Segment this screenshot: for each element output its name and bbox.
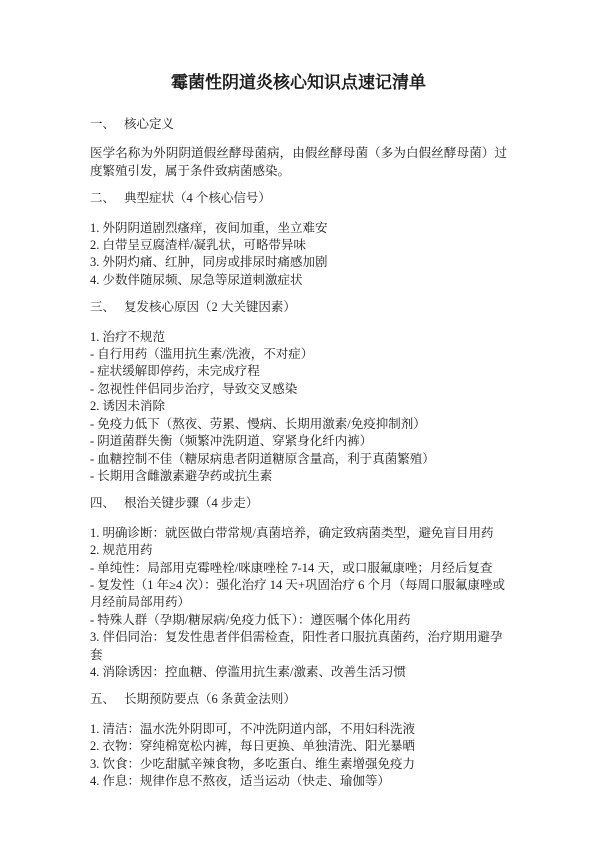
list-item: 4. 作息：规律作息不熬夜，适当运动（快走、瑜伽等） — [90, 773, 507, 790]
section-heading: 一、核心定义 — [90, 116, 507, 133]
section-list: 1. 治疗不规范- 自行用药（滥用抗生素/洗液，不对症）- 症状缓解即停药，未完… — [90, 329, 507, 486]
document-section: 二、典型症状（4 个核心信号） 1. 外阴阴道剧烈瘙痒，夜间加重，坐立难安2. … — [90, 190, 507, 289]
section-heading: 四、根治关键步骤（4 步走） — [90, 495, 507, 512]
section-number: 五、 — [90, 691, 124, 708]
section-title: 长期预防要点（6 条黄金法则） — [124, 692, 296, 706]
list-item: 3. 伴侣同治：复发性患者伴侣需检查，阳性者口服抗真菌药，治疗期用避孕套 — [90, 629, 507, 664]
list-item: - 自行用药（滥用抗生素/洗液，不对症） — [90, 346, 507, 363]
list-item: 3. 外阴灼痛、红肿，同房或排尿时痛感加剧 — [90, 254, 507, 271]
list-item: - 阴道菌群失衡（频繁冲洗阴道、穿紧身化纤内裤） — [90, 433, 507, 450]
list-item: 1. 外阴阴道剧烈瘙痒，夜间加重，坐立难安 — [90, 220, 507, 237]
list-item: 2. 诱因未消除 — [90, 398, 507, 415]
section-title: 核心定义 — [124, 117, 174, 131]
section-number: 三、 — [90, 299, 124, 316]
section-list: 1. 清洁：温水洗外阴即可，不冲洗阴道内部，不用妇科洗液2. 衣物：穿纯棉宽松内… — [90, 721, 507, 791]
document-title: 霉菌性阴道炎核心知识点速记清单 — [90, 72, 507, 94]
list-item: - 单纯性：局部用克霉唑栓/咪康唑栓 7-14 天，或口服氟康唑；月经后复查 — [90, 560, 507, 577]
document-section: 四、根治关键步骤（4 步走） 1. 明确诊断：就医做白带常规/真菌培养，确定致病… — [90, 495, 507, 681]
list-item: 2. 白带呈豆腐渣样/凝乳状，可略带异味 — [90, 237, 507, 254]
section-title: 根治关键步骤（4 步走） — [124, 496, 258, 510]
list-item: 2. 衣物：穿纯棉宽松内裤，每日更换、单独清洗、阳光暴晒 — [90, 738, 507, 755]
list-item: 1. 治疗不规范 — [90, 329, 507, 346]
section-heading: 五、长期预防要点（6 条黄金法则） — [90, 691, 507, 708]
section-list: 1. 明确诊断：就医做白带常规/真菌培养，确定致病菌类型，避免盲目用药2. 规范… — [90, 525, 507, 682]
document-section: 五、长期预防要点（6 条黄金法则） 1. 清洁：温水洗外阴即可，不冲洗阴道内部，… — [90, 691, 507, 790]
list-item: - 特殊人群（孕期/糖尿病/免疫力低下）：遵医嘱个体化用药 — [90, 612, 507, 629]
list-item: - 免疫力低下（熬夜、劳累、慢病、长期用激素/免疫抑制剂） — [90, 416, 507, 433]
section-list: 1. 外阴阴道剧烈瘙痒，夜间加重，坐立难安2. 白带呈豆腐渣样/凝乳状，可略带异… — [90, 220, 507, 290]
list-item: - 长期用含雌激素避孕药或抗生素 — [90, 468, 507, 485]
list-item: 4. 少数伴随尿频、尿急等尿道刺激症状 — [90, 272, 507, 289]
list-item: 3. 饮食：少吃甜腻辛辣食物，多吃蛋白、维生素增强免疫力 — [90, 756, 507, 773]
list-item: - 血糖控制不佳（糖尿病患者阴道糖原含量高，利于真菌繁殖） — [90, 451, 507, 468]
list-item: - 症状缓解即停药，未完成疗程 — [90, 363, 507, 380]
section-paragraph: 医学名称为外阴阴道假丝酵母菌病，由假丝酵母菌（多为白假丝酵母菌）过度繁殖引发，属… — [90, 145, 507, 180]
list-item: 2. 规范用药 — [90, 542, 507, 559]
section-number: 一、 — [90, 116, 124, 133]
section-number: 四、 — [90, 495, 124, 512]
section-heading: 二、典型症状（4 个核心信号） — [90, 190, 507, 207]
section-heading: 三、复发核心原因（2 大关键因素） — [90, 299, 507, 316]
section-number: 二、 — [90, 190, 124, 207]
document-body: 一、核心定义 医学名称为外阴阴道假丝酵母菌病，由假丝酵母菌（多为白假丝酵母菌）过… — [90, 116, 507, 790]
list-item: - 忽视性伴侣同步治疗，导致交叉感染 — [90, 381, 507, 398]
document-section: 一、核心定义 医学名称为外阴阴道假丝酵母菌病，由假丝酵母菌（多为白假丝酵母菌）过… — [90, 116, 507, 180]
section-title: 复发核心原因（2 大关键因素） — [124, 300, 296, 314]
list-item: 1. 明确诊断：就医做白带常规/真菌培养，确定致病菌类型，避免盲目用药 — [90, 525, 507, 542]
list-item: 4. 消除诱因：控血糖、停滥用抗生素/激素、改善生活习惯 — [90, 664, 507, 681]
section-title: 典型症状（4 个核心信号） — [124, 191, 271, 205]
document-page: 霉菌性阴道炎核心知识点速记清单 一、核心定义 医学名称为外阴阴道假丝酵母菌病，由… — [0, 0, 595, 841]
list-item: 1. 清洁：温水洗外阴即可，不冲洗阴道内部，不用妇科洗液 — [90, 721, 507, 738]
document-section: 三、复发核心原因（2 大关键因素） 1. 治疗不规范- 自行用药（滥用抗生素/洗… — [90, 299, 507, 485]
list-item: - 复发性（1 年≥4 次）：强化治疗 14 天+巩固治疗 6 个月（每周口服氟… — [90, 577, 507, 612]
